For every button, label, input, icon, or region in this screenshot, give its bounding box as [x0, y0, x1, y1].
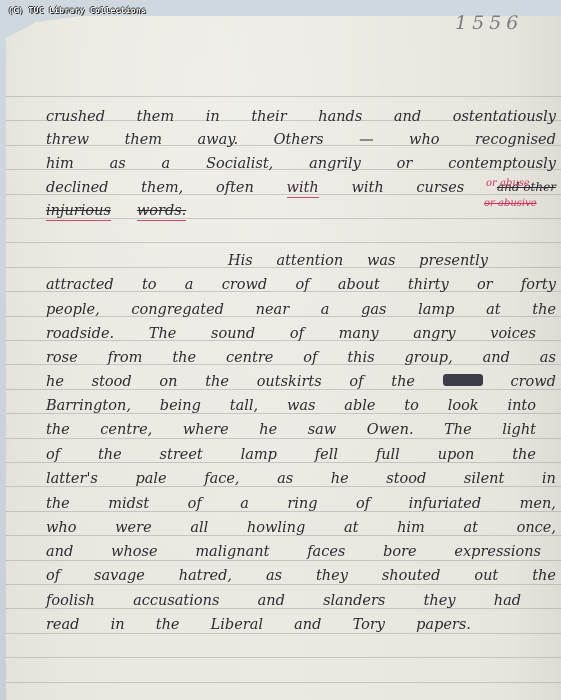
manuscript-word: being: [160, 398, 201, 414]
manuscript-word: as: [277, 471, 293, 487]
manuscript-word: the: [46, 496, 70, 512]
page-number: 1556: [455, 12, 523, 34]
manuscript-word: and: [394, 109, 421, 125]
manuscript-word: bore: [383, 544, 417, 560]
manuscript-word: Owen.: [367, 422, 414, 438]
manuscript-word: howling: [247, 520, 305, 536]
manuscript-word: Barrington,: [46, 398, 131, 414]
ruled-line: [6, 633, 561, 634]
manuscript-word: angry: [413, 326, 455, 342]
manuscript-word: curses: [416, 180, 464, 198]
manuscript-word: group,: [405, 350, 453, 366]
manuscript-word: savage: [94, 568, 145, 584]
manuscript-word: Socialist,: [206, 156, 273, 172]
ruled-line: [6, 438, 561, 439]
manuscript-line: latter'spaleface,ashestoodsilentin: [46, 471, 556, 487]
manuscript-word: saw: [308, 422, 337, 438]
manuscript-word: who: [46, 520, 76, 536]
correction-below: or abusive: [484, 198, 537, 209]
manuscript-word: from: [108, 350, 143, 366]
manuscript-word: as: [110, 156, 126, 172]
manuscript-word: the: [172, 350, 196, 366]
manuscript-word: of: [303, 350, 317, 366]
manuscript-word: latter's: [46, 471, 98, 487]
manuscript-line: hestoodontheoutskirtsofthecrowd: [46, 374, 556, 390]
manuscript-word: hatred,: [179, 568, 232, 584]
manuscript-word: men,: [520, 496, 556, 512]
manuscript-line: foolishaccusationsandslanderstheyhad: [46, 593, 521, 609]
ruled-line: [6, 657, 561, 658]
manuscript-word: him: [46, 156, 74, 172]
manuscript-word: Liberal: [211, 617, 263, 633]
manuscript-word: he: [46, 374, 64, 390]
manuscript-word: their: [251, 109, 286, 125]
ruled-line: [6, 584, 561, 585]
manuscript-word: at: [486, 302, 500, 318]
manuscript-word: were: [115, 520, 152, 536]
manuscript-line: thecentre,wherehesawOwen.Thelight: [46, 422, 536, 438]
correction-below-text: or abusive: [484, 198, 537, 209]
manuscript-word: of: [46, 568, 60, 584]
manuscript-word: —: [359, 132, 374, 148]
manuscript-word: a: [185, 277, 194, 293]
manuscript-word: to: [404, 398, 419, 414]
manuscript-word: roadside.: [46, 326, 114, 342]
manuscript-word: ring: [287, 496, 317, 512]
manuscript-word: or: [397, 156, 413, 172]
manuscript-word: often: [216, 180, 254, 198]
manuscript-word: street: [160, 447, 203, 463]
manuscript-word: slanders: [323, 593, 385, 609]
manuscript-word: The: [444, 422, 472, 438]
manuscript-word: expressions: [454, 544, 541, 560]
manuscript-word: words.: [137, 203, 186, 221]
manuscript-word: voices: [490, 326, 536, 342]
manuscript-word: in: [111, 617, 125, 633]
manuscript-word: or: [477, 277, 493, 293]
manuscript-word: in: [206, 109, 220, 125]
manuscript-line: threwthemaway.Others—whorecognised: [46, 132, 556, 148]
manuscript-word: able: [344, 398, 375, 414]
manuscript-word: centre: [226, 350, 273, 366]
manuscript-word: with: [287, 180, 319, 198]
manuscript-word: them: [125, 132, 163, 148]
manuscript-word: Tory: [353, 617, 385, 633]
manuscript-word: recognised: [475, 132, 556, 148]
manuscript-word: of: [349, 374, 363, 390]
manuscript-word: face,: [204, 471, 239, 487]
ruled-line: [6, 682, 561, 683]
manuscript-word: of: [295, 277, 309, 293]
manuscript-word: infuriated: [409, 496, 482, 512]
manuscript-word: at: [344, 520, 358, 536]
manuscript-word: gas: [361, 302, 386, 318]
manuscript-word: and: [46, 544, 73, 560]
manuscript-word: he: [331, 471, 349, 487]
manuscript-word: threw: [46, 132, 89, 148]
manuscript-word: upon: [438, 447, 475, 463]
manuscript-line: Hisattentionwaspresently: [228, 253, 488, 269]
manuscript-word: attention: [276, 253, 343, 269]
manuscript-word: lamp: [241, 447, 277, 463]
manuscript-word: the: [532, 302, 556, 318]
manuscript-word: was: [367, 253, 396, 269]
manuscript-word: of: [188, 496, 202, 512]
manuscript-word: this: [347, 350, 374, 366]
manuscript-word: silent: [464, 471, 504, 487]
manuscript-word: of: [46, 447, 60, 463]
manuscript-word: faces: [307, 544, 345, 560]
manuscript-word: midst: [108, 496, 149, 512]
manuscript-word: presently: [419, 253, 488, 269]
manuscript-word: hands: [318, 109, 362, 125]
manuscript-line: people,congregatednearagaslampatthe: [46, 302, 556, 318]
manuscript-line: himasaSocialist,angrilyorcontemptously: [46, 156, 556, 172]
manuscript-word: the: [512, 447, 536, 463]
manuscript-line: Barrington,beingtall,wasabletolookinto: [46, 398, 536, 414]
manuscript-word: people,: [46, 302, 100, 318]
manuscript-word: the: [46, 422, 70, 438]
manuscript-word: many: [339, 326, 379, 342]
manuscript-word: had: [494, 593, 521, 609]
manuscript-line: themidstofaringofinfuriatedmen,: [46, 496, 556, 512]
manuscript-word: the: [391, 374, 415, 390]
manuscript-word: all: [190, 520, 208, 536]
manuscript-word: tall,: [230, 398, 258, 414]
manuscript-word: angrily: [309, 156, 361, 172]
manuscript-word: foolish: [46, 593, 95, 609]
manuscript-word: of: [356, 496, 370, 512]
manuscript-word: a: [162, 156, 171, 172]
manuscript-word: as: [540, 350, 556, 366]
manuscript-line: attractedtoacrowdofaboutthirtyorforty: [46, 277, 556, 293]
manuscript-word: forty: [521, 277, 556, 293]
manuscript-word: shouted: [382, 568, 441, 584]
manuscript-word: at: [463, 520, 477, 536]
manuscript-word: light: [502, 422, 536, 438]
manuscript-word: lamp: [418, 302, 454, 318]
manuscript-word: congregated: [131, 302, 224, 318]
manuscript-word: declined: [46, 180, 108, 198]
manuscript-line: rosefromthecentreofthisgroup,andas: [46, 350, 556, 366]
manuscript-word: contemptously: [448, 156, 556, 172]
manuscript-word: crushed: [46, 109, 105, 125]
manuscript-line: declinedthem,oftenwithwithcursesand othe…: [46, 180, 556, 198]
manuscript-word: thirty: [408, 277, 449, 293]
manuscript-word: centre,: [100, 422, 152, 438]
manuscript-word: away.: [198, 132, 239, 148]
ruled-line: [6, 242, 561, 243]
correction-above: or abuse: [486, 178, 530, 189]
manuscript-word: crowd: [510, 374, 555, 390]
manuscript-line: andwhosemalignantfacesboreexpressions: [46, 544, 541, 560]
manuscript-line: injuriouswords.: [46, 203, 556, 221]
manuscript-word: on: [159, 374, 177, 390]
manuscript-word: pale: [135, 471, 166, 487]
manuscript-word: to: [142, 277, 157, 293]
manuscript-line: ofthestreetlampfellfulluponthe: [46, 447, 536, 463]
manuscript-word: and: [483, 350, 510, 366]
manuscript-word: and: [294, 617, 321, 633]
manuscript-word: malignant: [195, 544, 269, 560]
manuscript-word: the: [532, 568, 556, 584]
manuscript-word: a: [240, 496, 249, 512]
manuscript-word: stood: [92, 374, 132, 390]
manuscript-word: accusations: [133, 593, 219, 609]
manuscript-word: and: [258, 593, 285, 609]
manuscript-word: into: [507, 398, 536, 414]
manuscript-word: about: [338, 277, 380, 293]
manuscript-word: them,: [141, 180, 183, 198]
redaction-mark: [443, 374, 483, 386]
copyright-watermark: (C) TUC Library Collections: [8, 6, 146, 15]
manuscript-word: Others: [274, 132, 324, 148]
manuscript-word: the: [205, 374, 229, 390]
manuscript-word: rose: [46, 350, 78, 366]
manuscript-line: roadside.Thesoundofmanyangryvoices: [46, 326, 536, 342]
manuscript-line: readintheLiberalandTorypapers.: [46, 617, 471, 633]
ruled-line: [6, 96, 561, 97]
manuscript-word: the: [98, 447, 122, 463]
manuscript-word: papers.: [416, 617, 471, 633]
manuscript-word: fell: [315, 447, 338, 463]
manuscript-word: full: [376, 447, 400, 463]
manuscript-word: near: [256, 302, 290, 318]
manuscript-word: as: [266, 568, 282, 584]
manuscript-word: where: [183, 422, 229, 438]
manuscript-word: look: [448, 398, 479, 414]
manuscript-word: read: [46, 617, 79, 633]
manuscript-word: was: [287, 398, 316, 414]
manuscript-line: ofsavagehatred,astheyshoutedoutthe: [46, 568, 556, 584]
manuscript-word: outskirts: [257, 374, 322, 390]
manuscript-word: The: [149, 326, 177, 342]
manuscript-word: he: [259, 422, 277, 438]
manuscript-word: the: [156, 617, 180, 633]
manuscript-word: they: [424, 593, 456, 609]
manuscript-word: attracted: [46, 277, 114, 293]
manuscript-word: His: [228, 253, 253, 269]
manuscript-word: with: [351, 180, 383, 198]
manuscript-word: him: [397, 520, 425, 536]
manuscript-word: injurious: [46, 203, 111, 221]
manuscript-word: who: [409, 132, 439, 148]
manuscript-word: whose: [111, 544, 158, 560]
manuscript-word: a: [321, 302, 330, 318]
manuscript-word: ostentatiously: [453, 109, 556, 125]
manuscript-word: once,: [517, 520, 556, 536]
manuscript-word: them: [137, 109, 175, 125]
manuscript-word: in: [542, 471, 556, 487]
manuscript-word: of: [290, 326, 304, 342]
manuscript-word: crowd: [222, 277, 267, 293]
manuscript-line: whowereallhowlingathimatonce,: [46, 520, 556, 536]
ruled-line: [6, 560, 561, 561]
manuscript-word: sound: [211, 326, 255, 342]
manuscript-word: stood: [386, 471, 426, 487]
manuscript-line: crushedthemintheirhandsandostentatiously: [46, 109, 556, 125]
manuscript-word: out: [474, 568, 498, 584]
manuscript-word: they: [316, 568, 348, 584]
